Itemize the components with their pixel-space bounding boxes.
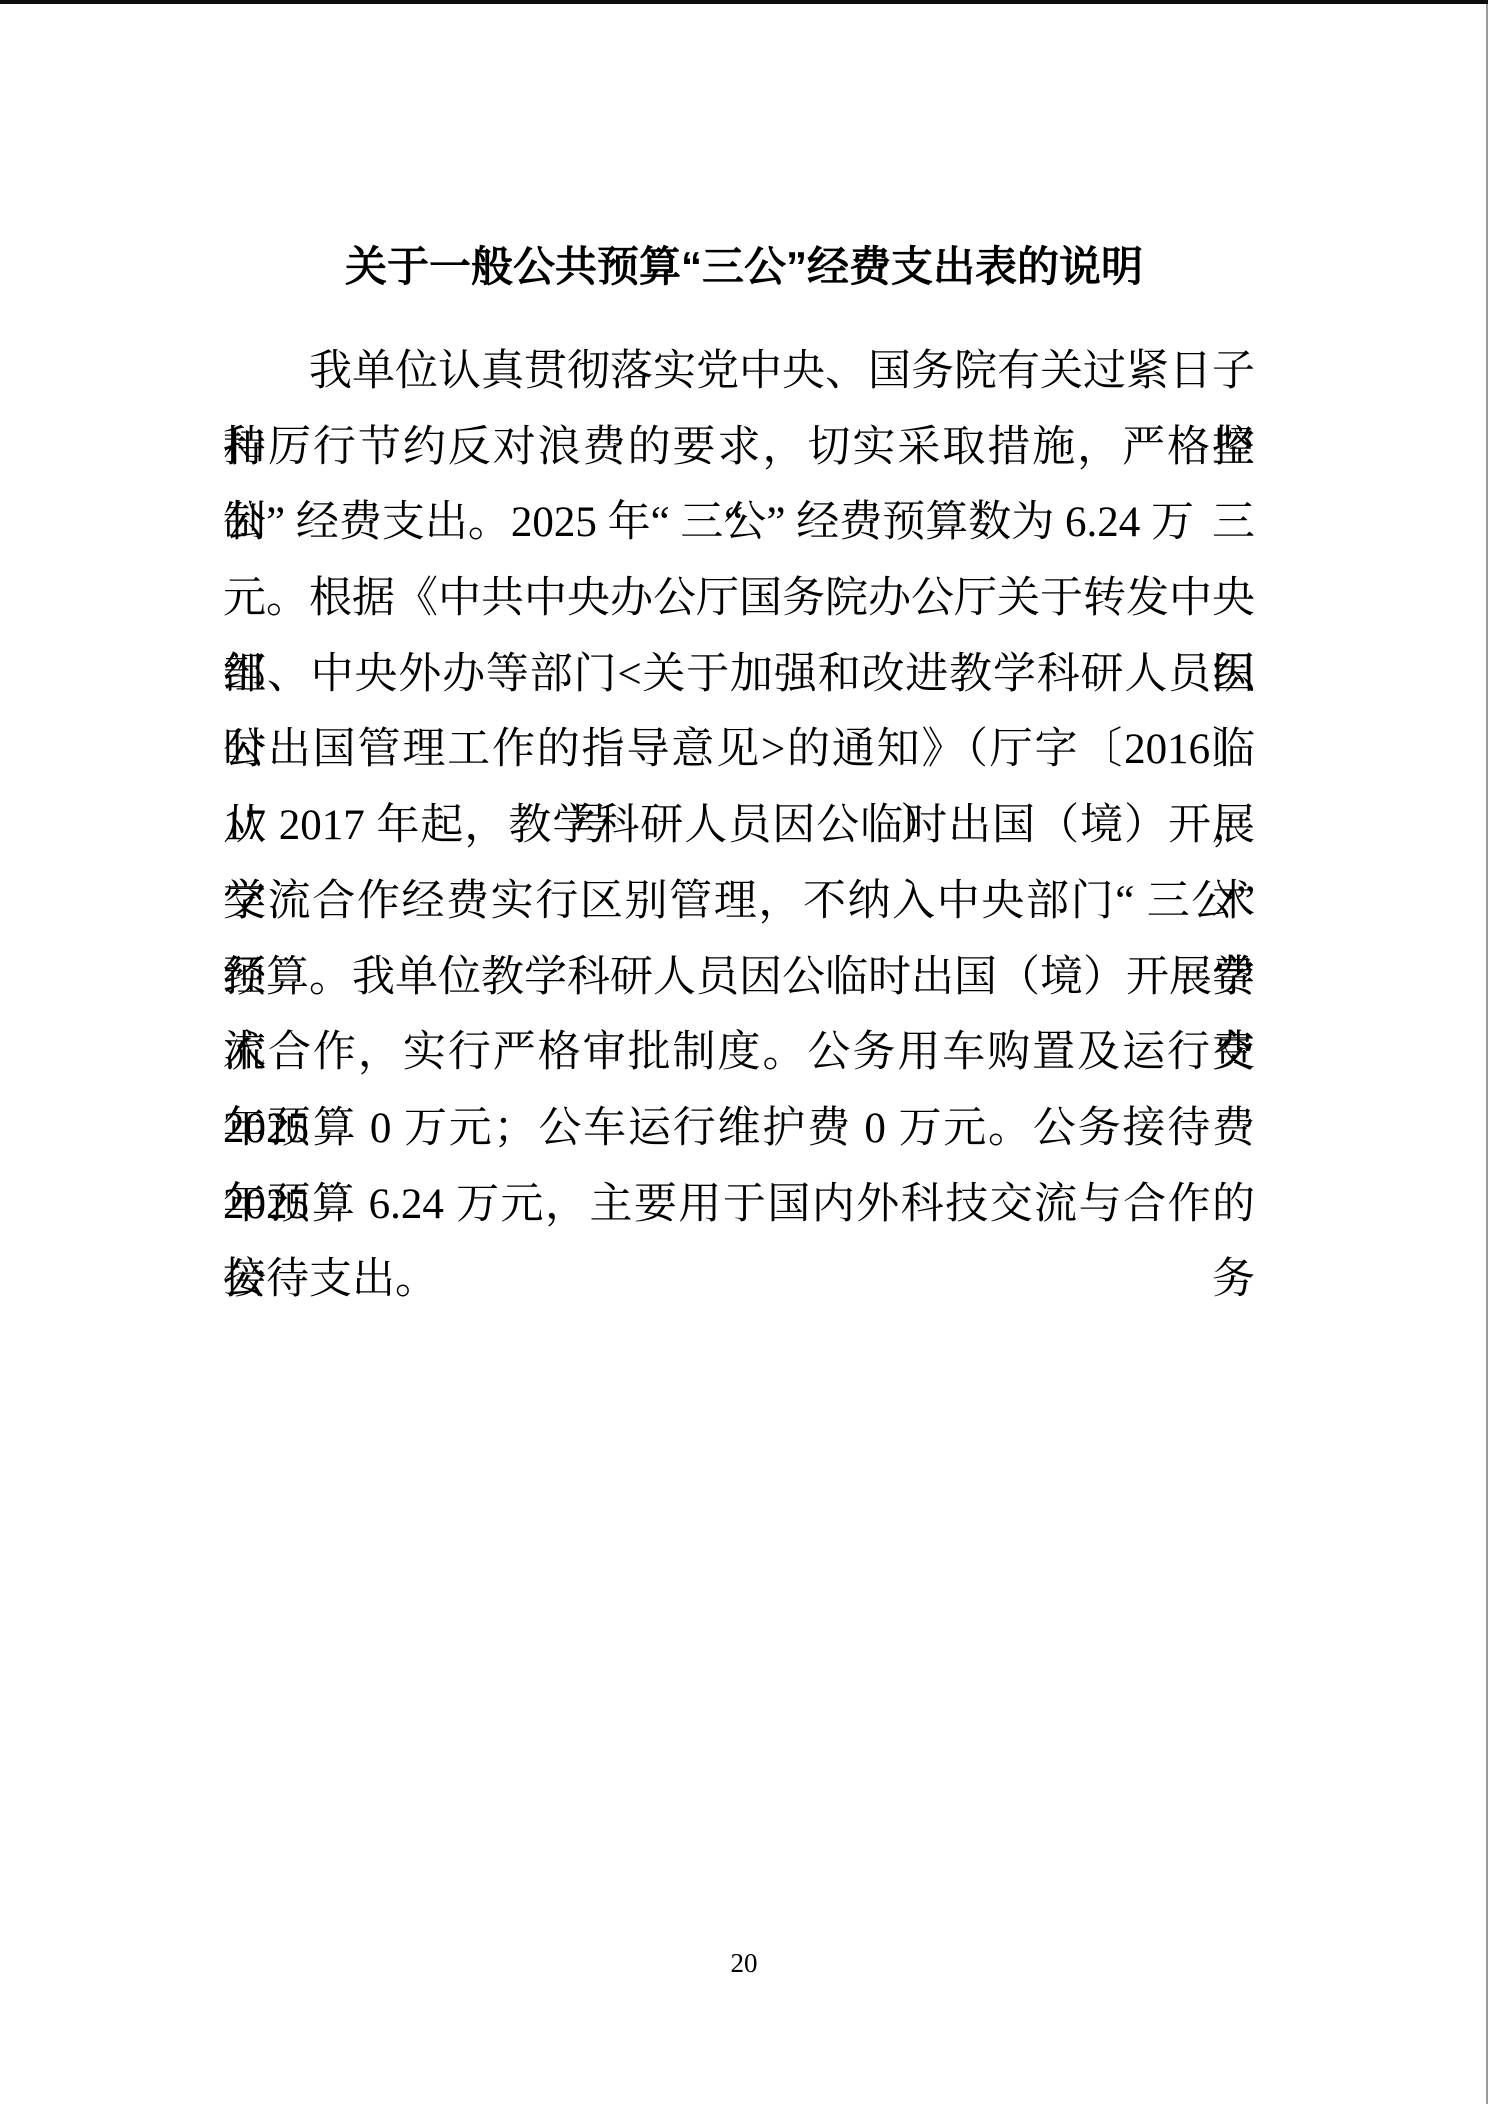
text-line: 从 2017 年起，教学科研人员因公临时出国（境）开展学术 bbox=[223, 788, 1255, 864]
document-page: 关于一般公共预算“三公”经费支出表的说明 我单位认真贯彻落实党中央、国务院有关过… bbox=[0, 0, 1488, 2104]
text-line: 持厉行节约反对浪费的要求，切实采取措施，严格控制“ 三 bbox=[223, 410, 1255, 486]
text-line: 根据《中共中央办公厅国务院办公厅关于转发中央组织 bbox=[223, 561, 1255, 637]
text-line: 年预算 6.24 万元，主要用于国内外科技交流与合作的公务 bbox=[223, 1167, 1255, 1243]
text-line: 交流合作经费实行区别管理，不纳入中央部门“ 三公” 经费 bbox=[223, 864, 1255, 940]
text-line: 我单位认真贯彻落实党中央、国务院有关过紧日子和坚 bbox=[223, 334, 1255, 410]
text-line: 部、中央外办等部门<关于加强和改进教学科研人员因公临 bbox=[223, 637, 1255, 713]
document-title: 关于一般公共预算“三公”经费支出表的说明 bbox=[0, 238, 1488, 296]
text-line: 预算。我单位教学科研人员因公临时出国（境）开展学术交 bbox=[223, 940, 1255, 1016]
text-line: 时出国管理工作的指导意见>的通知》（厅字〔2016〕17 号）， bbox=[223, 712, 1255, 788]
text-line: 公” 经费支出。2025 年“ 三公” 经费预算数为 6.24 万元。 bbox=[223, 485, 1255, 561]
page-number: 20 bbox=[0, 1946, 1488, 1980]
document-body: 我单位认真贯彻落实党中央、国务院有关过紧日子和坚 持厉行节约反对浪费的要求，切实… bbox=[223, 334, 1255, 1318]
top-edge-bar bbox=[0, 0, 1488, 4]
text-line: 年预算 0 万元；公车运行维护费 0 万元。公务接待费 2025 bbox=[223, 1091, 1255, 1167]
text-line: 流合作，实行严格审批制度。公务用车购置及运行费 2025 bbox=[223, 1015, 1255, 1091]
